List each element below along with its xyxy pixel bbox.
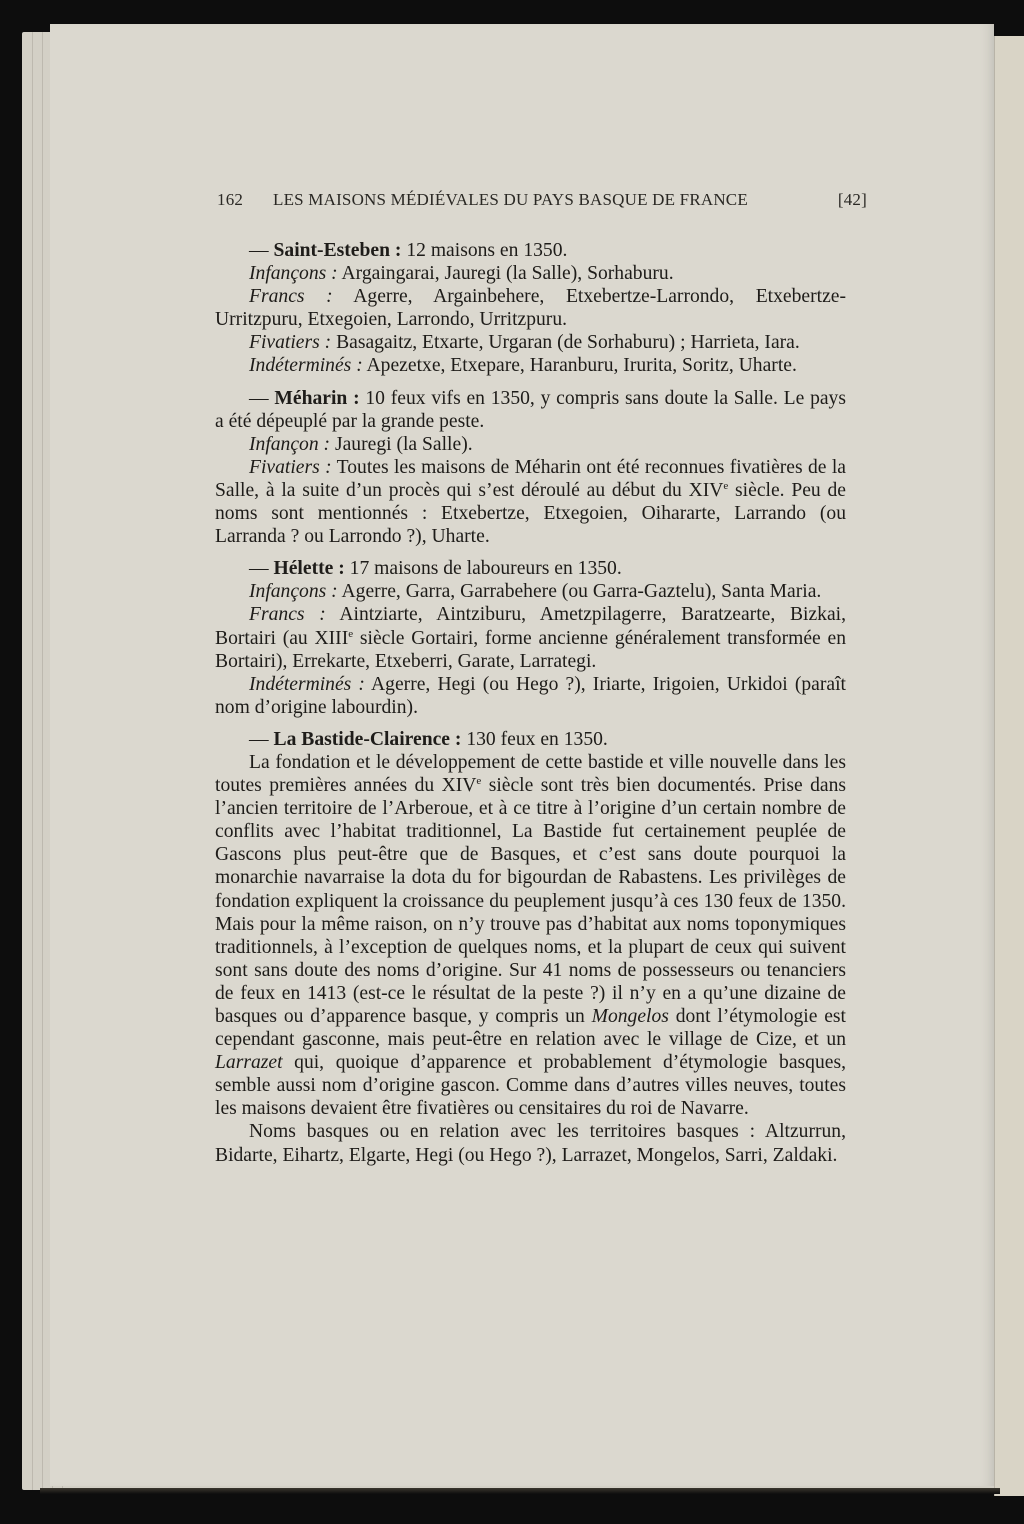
dash: — <box>249 729 274 750</box>
heading-text: 17 maisons de laboureurs en 1350. <box>345 558 622 579</box>
section-heading: — La Bastide-Clairence : 130 feux en 135… <box>215 728 846 751</box>
paragraph-text: siècle sont très bien documentés. Prise … <box>215 775 846 1027</box>
paragraph-text: qui, quoique d’apparence et probablement… <box>215 1052 846 1119</box>
dash: — <box>249 240 274 261</box>
category-label: Francs : <box>249 286 333 307</box>
running-head: 162 LES MAISONS MÉDIÉVALES DU PAYS BASQU… <box>217 190 867 210</box>
body-text: — Saint-Esteben : 12 maisons en 1350. In… <box>215 239 846 1167</box>
paragraph: Fivatiers : Toutes les maisons de Méhari… <box>215 456 846 548</box>
paragraph: Fivatiers : Basagaitz, Etxarte, Urgaran … <box>215 331 846 354</box>
page-ref: [42] <box>838 190 867 210</box>
italic-name: Larrazet <box>215 1052 283 1073</box>
italic-name: Mongelos <box>592 1006 669 1027</box>
category-label: Fivatiers : <box>249 332 331 353</box>
page-number: 162 <box>217 190 273 210</box>
paragraph-text: Basagaitz, Etxarte, Urgaran (de Sorhabur… <box>331 332 800 353</box>
page-shadow <box>40 1488 1000 1494</box>
paragraph-text: Noms basques ou en relation avec les ter… <box>215 1121 846 1165</box>
section-heading: — Hélette : 17 maisons de laboureurs en … <box>215 557 846 580</box>
dash: — <box>249 558 274 579</box>
paragraph: Francs : Aintziarte, Aintziburu, Ametzpi… <box>215 603 846 672</box>
facing-page-edge <box>994 36 1024 1496</box>
paragraph: Indéterminés : Apezetxe, Etxepare, Haran… <box>215 354 846 377</box>
page-edge <box>32 32 33 1490</box>
heading-text: 130 feux en 1350. <box>461 729 607 750</box>
place-name: Saint-Esteben : <box>274 240 402 261</box>
heading-text: 12 maisons en 1350. <box>401 240 567 261</box>
paragraph-text: Argaingarai, Jauregi (la Salle), Sorhabu… <box>338 263 674 284</box>
category-label: Francs : <box>249 604 326 625</box>
page-edge <box>42 32 43 1490</box>
paragraph-text: Agerre, Garra, Garrabehere (ou Garra-Gaz… <box>338 581 822 602</box>
place-name: Méharin : <box>274 388 359 409</box>
paragraph: La fondation et le développement de cett… <box>215 751 846 1121</box>
paragraph: Infançon : Jauregi (la Salle). <box>215 433 846 456</box>
paragraph: Infançons : Argaingarai, Jauregi (la Sal… <box>215 262 846 285</box>
paragraph: Francs : Agerre, Argainbehere, Etxebertz… <box>215 285 846 331</box>
dash: — <box>249 388 274 409</box>
paragraph: Indéterminés : Agerre, Hegi (ou Hego ?),… <box>215 673 846 719</box>
category-label: Indéterminés : <box>249 674 365 695</box>
section-heading: — Méharin : 10 feux vifs en 1350, y comp… <box>215 387 846 433</box>
category-label: Indéterminés : <box>249 355 363 376</box>
paragraph: Noms basques ou en relation avec les ter… <box>215 1120 846 1166</box>
category-label: Fivatiers : <box>249 457 332 478</box>
category-label: Infançons : <box>249 263 338 284</box>
paragraph-text: Apezetxe, Etxepare, Haranburu, Irurita, … <box>363 355 797 376</box>
paragraph-text: Jauregi (la Salle). <box>330 434 473 455</box>
place-name: Hélette : <box>274 558 345 579</box>
running-title: LES MAISONS MÉDIÉVALES DU PAYS BASQUE DE… <box>273 190 818 210</box>
category-label: Infançons : <box>249 581 338 602</box>
paragraph: Infançons : Agerre, Garra, Garrabehere (… <box>215 580 846 603</box>
category-label: Infançon : <box>249 434 330 455</box>
place-name: La Bastide-Clairence : <box>274 729 462 750</box>
section-heading: — Saint-Esteben : 12 maisons en 1350. <box>215 239 846 262</box>
